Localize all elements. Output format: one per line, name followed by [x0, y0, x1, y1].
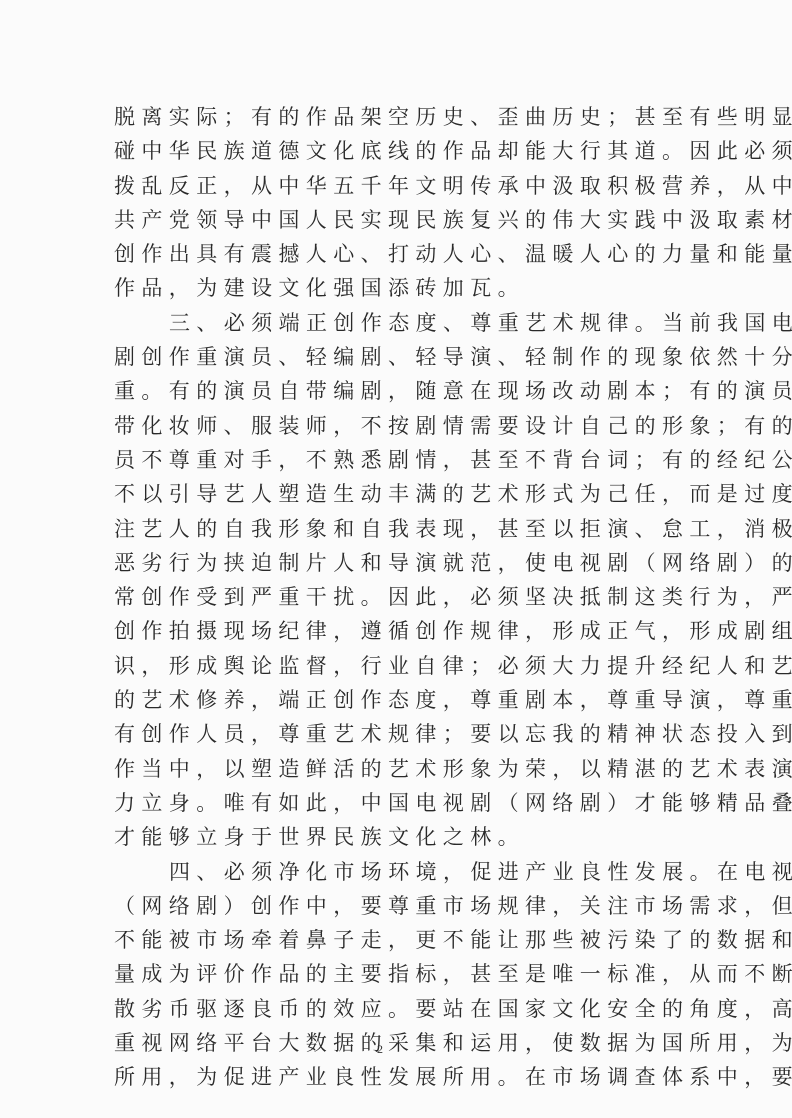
- text-line: 员不尊重对手，不熟悉剧情，甚至不背台词；有的经纪公司: [114, 446, 674, 480]
- text-line: 拨乱反正，从中华五千年文明传承中汲取积极营养，从中国: [114, 172, 674, 206]
- section-heading-line: 三、必须端正创作态度、尊重艺术规律。当前我国电视: [114, 309, 674, 343]
- text-line: 散劣币驱逐良币的效应。要站在国家文化安全的角度，高度: [114, 995, 674, 1029]
- text-line: 共产党领导中国人民实现民族复兴的伟大实践中汲取素材，: [114, 206, 674, 240]
- text-line: 量成为评价作品的主要指标，甚至是唯一标准，从而不断发: [114, 960, 674, 994]
- document-body: 脱离实际；有的作品架空历史、歪曲历史；甚至有些明显触 碰中华民族道德文化底线的作…: [114, 103, 674, 1098]
- text-line: 的艺术修养，端正创作态度，尊重剧本，尊重导演，尊重所: [114, 686, 674, 720]
- text-line: 剧创作重演员、轻编剧、轻导演、轻制作的现象依然十分严: [114, 343, 674, 377]
- text-line: 常创作受到严重干扰。因此，必须坚决抵制这类行为，严肃: [114, 583, 674, 617]
- text-line: 作当中，以塑造鲜活的艺术形象为荣，以精湛的艺术表演功: [114, 755, 674, 789]
- text-line: 创作出具有震撼人心、打动人心、温暖人心的力量和能量的: [114, 240, 674, 274]
- text-line: 碰中华民族道德文化底线的作品却能大行其道。因此必须要: [114, 137, 674, 171]
- text-line: 作品，为建设文化强国添砖加瓦。: [114, 274, 674, 308]
- text-line: 不以引导艺人塑造生动丰满的艺术形式为己任，而是过度关: [114, 480, 674, 514]
- text-line: 重视网络平台大数据的采集和运用，使数据为国所用，为民: [114, 1029, 674, 1063]
- text-line: 有创作人员，尊重艺术规律；要以忘我的精神状态投入到创: [114, 720, 674, 754]
- text-line: 带化妆师、服装师，不按剧情需要设计自己的形象；有的演: [114, 412, 674, 446]
- text-line: 脱离实际；有的作品架空历史、歪曲历史；甚至有些明显触: [114, 103, 674, 137]
- text-line: 创作拍摄现场纪律，遵循创作规律，形成正气，形成剧组共: [114, 617, 674, 651]
- text-line: 恶劣行为挟迫制片人和导演就范，使电视剧（网络剧）的正: [114, 549, 674, 583]
- text-line: （网络剧）创作中，要尊重市场规律，关注市场需求，但绝: [114, 892, 674, 926]
- text-line: 注艺人的自我形象和自我表现，甚至以拒演、怠工，消极等: [114, 515, 674, 549]
- text-line: 才能够立身于世界民族文化之林。: [114, 823, 674, 857]
- page-number: 2: [377, 1042, 383, 1057]
- text-line: 所用，为促进产业良性发展所用。在市场调查体系中，要以: [114, 1063, 674, 1097]
- text-line: 不能被市场牵着鼻子走，更不能让那些被污染了的数据和流: [114, 926, 674, 960]
- text-line: 力立身。唯有如此，中国电视剧（网络剧）才能够精品叠出，: [114, 789, 674, 823]
- text-line: 识，形成舆论监督，行业自律；必须大力提升经纪人和艺人: [114, 652, 674, 686]
- section-heading-line: 四、必须净化市场环境，促进产业良性发展。在电视剧: [114, 858, 674, 892]
- text-line: 重。有的演员自带编剧，随意在现场改动剧本；有的演员自: [114, 377, 674, 411]
